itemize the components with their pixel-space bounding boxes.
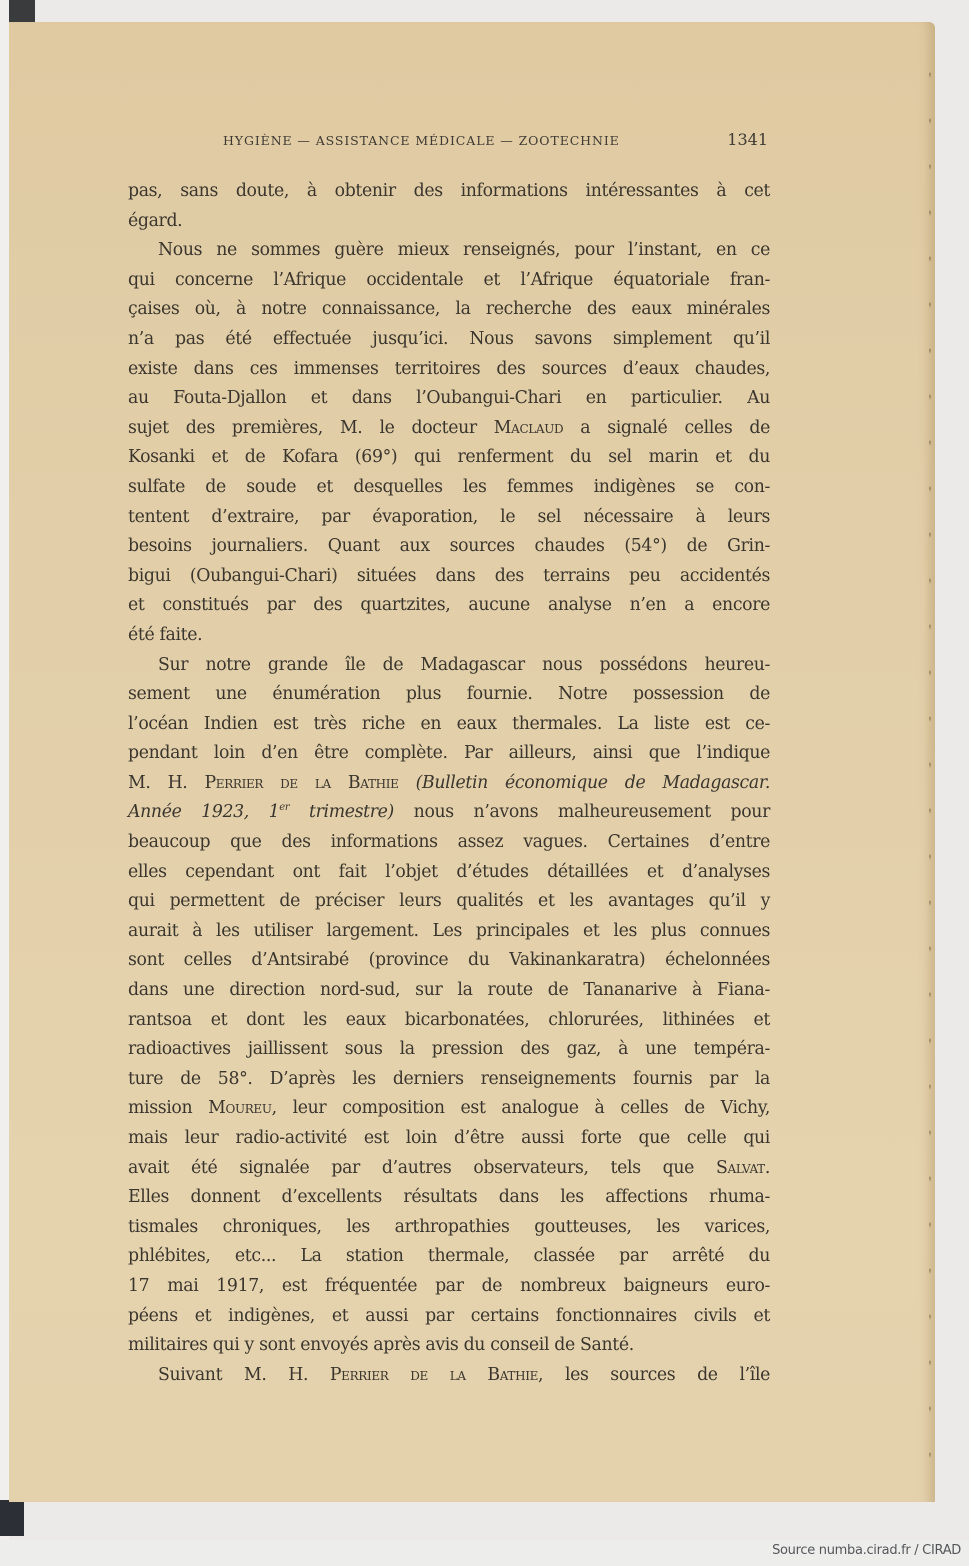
text-line: militaires qui y sont envoyés après avis… xyxy=(128,1331,770,1361)
text-segment: bigui (Oubangui-Chari) situées dans des … xyxy=(128,566,770,586)
text-line: au Fouta-Djallon et dans l’Oubangui-Char… xyxy=(128,384,770,414)
text-segment: Suivant M. H. xyxy=(158,1365,330,1385)
text-segment: a signalé celles de xyxy=(563,418,770,438)
text-line: M. H. Perrier de la Bathie (Bulletin éco… xyxy=(128,769,770,799)
text-segment: elles cependant ont fait l’objet d’étude… xyxy=(128,862,770,882)
text-line: 17 mai 1917, est fréquentée par de nombr… xyxy=(128,1272,770,1302)
page-number: 1341 xyxy=(727,130,768,149)
text-line: et constitués par des quartzites, aucune… xyxy=(128,591,770,621)
text-segment: aurait à les utiliser largement. Les pri… xyxy=(128,921,770,941)
scanner-corner-top-left xyxy=(9,0,35,22)
text-line: besoins journaliers. Quant aux sources c… xyxy=(128,532,770,562)
text-line: sulfate de soude et desquelles les femme… xyxy=(128,473,770,503)
text-line: péens et indigènes, et aussi par certain… xyxy=(128,1302,770,1332)
text-line: pendant loin d’en être complète. Par ail… xyxy=(128,739,770,769)
text-segment: tentent d’extraire, par évaporation, le … xyxy=(128,507,770,527)
text-segment: çaises où, à notre connaissance, la rech… xyxy=(128,299,770,319)
text-segment: Elles donnent d’excellents résultats dan… xyxy=(128,1187,770,1207)
text-line: pas, sans doute, à obtenir des informati… xyxy=(128,177,770,207)
text-segment: phlébites, etc... La station thermale, c… xyxy=(128,1246,770,1266)
text-line: tismales chroniques, les arthropathies g… xyxy=(128,1213,770,1243)
author-name: Perrier de la Bathie xyxy=(330,1365,538,1385)
text-segment: beaucoup que des informations assez vagu… xyxy=(128,832,770,852)
text-line: Kosanki et de Kofara (69°) qui renfermen… xyxy=(128,443,770,473)
text-segment: sujet des premières, M. le docteur xyxy=(128,418,494,438)
text-line: Année 1923, 1er trimestre) nous n’avons … xyxy=(128,798,770,828)
text-line: qui permettent de préciser leurs qualité… xyxy=(128,887,770,917)
text-line: n’a pas été effectuée jusqu’ici. Nous sa… xyxy=(128,325,770,355)
text-segment: pas, sans doute, à obtenir des informati… xyxy=(128,181,770,201)
running-head-title: HYGIÈNE — ASSISTANCE MÉDICALE — ZOOTECHN… xyxy=(223,133,620,148)
text-line: été faite. xyxy=(128,621,770,651)
text-segment: mais leur radio-activité est loin d’être… xyxy=(128,1128,770,1148)
citation-text: er xyxy=(279,803,289,814)
body-text: pas, sans doute, à obtenir des informati… xyxy=(128,177,770,1390)
page-edge-wear xyxy=(929,32,931,1492)
text-segment: M. H. xyxy=(128,773,205,793)
text-segment: et constitués par des quartzites, aucune… xyxy=(128,595,770,615)
citation-text: Année 1923, 1 xyxy=(128,802,279,822)
scan-left-margin xyxy=(0,0,9,1540)
text-line: bigui (Oubangui-Chari) situées dans des … xyxy=(128,562,770,592)
text-segment: sulfate de soude et desquelles les femme… xyxy=(128,477,770,497)
text-segment: l’océan Indien est très riche en eaux th… xyxy=(128,714,770,734)
text-line: radioactives jaillissent sous la pressio… xyxy=(128,1035,770,1065)
author-name: Perrier de la Bathie xyxy=(205,773,399,793)
text-line: beaucoup que des informations assez vagu… xyxy=(128,828,770,858)
text-segment: mission xyxy=(128,1098,208,1118)
text-segment: au Fouta-Djallon et dans l’Oubangui-Char… xyxy=(128,388,770,408)
text-segment: péens et indigènes, et aussi par certain… xyxy=(128,1306,770,1326)
text-segment: été faite. xyxy=(128,625,202,645)
text-line: sujet des premières, M. le docteur Macla… xyxy=(128,414,770,444)
text-line: mission Moureu, leur composition est ana… xyxy=(128,1094,770,1124)
author-name: Salvat xyxy=(716,1158,765,1178)
text-segment: tismales chroniques, les arthropathies g… xyxy=(128,1217,770,1237)
text-line: dans une direction nord-sud, sur la rout… xyxy=(128,976,770,1006)
text-line: existe dans ces immenses territoires des… xyxy=(128,355,770,385)
text-segment: radioactives jaillissent sous la pressio… xyxy=(128,1039,770,1059)
text-line: tentent d’extraire, par évaporation, le … xyxy=(128,503,770,533)
text-segment: militaires qui y sont envoyés après avis… xyxy=(128,1335,634,1355)
running-head: HYGIÈNE — ASSISTANCE MÉDICALE — ZOOTECHN… xyxy=(223,130,773,152)
text-line: ture de 58°. D’après les derniers rensei… xyxy=(128,1065,770,1095)
text-line: égard. xyxy=(128,207,770,237)
source-credit: Source numba.cirad.fr / CIRAD xyxy=(772,1543,961,1558)
text-segment: , les sources de l’île xyxy=(538,1365,770,1385)
text-segment: Sur notre grande île de Madagascar nous … xyxy=(158,655,770,675)
text-segment: sont celles d’Antsirabé (province du Vak… xyxy=(128,950,770,970)
text-segment: dans une direction nord-sud, sur la rout… xyxy=(128,980,770,1000)
text-segment: ture de 58°. D’après les derniers rensei… xyxy=(128,1069,770,1089)
text-segment: sement une énumération plus fournie. Not… xyxy=(128,684,770,704)
text-line: rantsoa et dont les eaux bicarbonatées, … xyxy=(128,1006,770,1036)
text-segment: 17 mai 1917, est fréquentée par de nombr… xyxy=(128,1276,770,1296)
text-segment: . xyxy=(765,1158,770,1178)
citation-text: (Bulletin économique de Madagascar. xyxy=(399,773,770,793)
text-segment: rantsoa et dont les eaux bicarbonatées, … xyxy=(128,1010,770,1030)
author-name: Moureu xyxy=(208,1098,271,1118)
text-line: aurait à les utiliser largement. Les pri… xyxy=(128,917,770,947)
text-line: sement une énumération plus fournie. Not… xyxy=(128,680,770,710)
text-segment: , leur composition est analogue à celles… xyxy=(272,1098,770,1118)
text-segment: existe dans ces immenses territoires des… xyxy=(128,359,770,379)
text-segment: qui concerne l’Afrique occidentale et l’… xyxy=(128,270,770,290)
text-segment: nous n’avons malheureusement pour xyxy=(394,802,770,822)
text-line: qui concerne l’Afrique occidentale et l’… xyxy=(128,266,770,296)
author-name: Maclaud xyxy=(494,418,563,438)
text-line: Elles donnent d’excellents résultats dan… xyxy=(128,1183,770,1213)
text-segment: n’a pas été effectuée jusqu’ici. Nous sa… xyxy=(128,329,770,349)
text-line: elles cependant ont fait l’objet d’étude… xyxy=(128,858,770,888)
text-segment: Kosanki et de Kofara (69°) qui renfermen… xyxy=(128,447,770,467)
text-segment: qui permettent de préciser leurs qualité… xyxy=(128,891,770,911)
text-line: çaises où, à notre connaissance, la rech… xyxy=(128,295,770,325)
text-line: Nous ne sommes guère mieux renseignés, p… xyxy=(128,236,770,266)
text-line: avait été signalée par d’autres observat… xyxy=(128,1154,770,1184)
text-line: Sur notre grande île de Madagascar nous … xyxy=(128,651,770,681)
text-line: sont celles d’Antsirabé (province du Vak… xyxy=(128,946,770,976)
text-segment: pendant loin d’en être complète. Par ail… xyxy=(128,743,770,763)
text-line: phlébites, etc... La station thermale, c… xyxy=(128,1242,770,1272)
text-segment: Nous ne sommes guère mieux renseignés, p… xyxy=(158,240,770,260)
text-segment: avait été signalée par d’autres observat… xyxy=(128,1158,716,1178)
text-line: mais leur radio-activité est loin d’être… xyxy=(128,1124,770,1154)
text-segment: égard. xyxy=(128,211,182,231)
scanner-corner-bottom-left xyxy=(0,1500,24,1536)
text-segment: besoins journaliers. Quant aux sources c… xyxy=(128,536,770,556)
text-line: l’océan Indien est très riche en eaux th… xyxy=(128,710,770,740)
text-line: Suivant M. H. Perrier de la Bathie, les … xyxy=(128,1361,770,1391)
citation-text: trimestre) xyxy=(289,802,394,822)
